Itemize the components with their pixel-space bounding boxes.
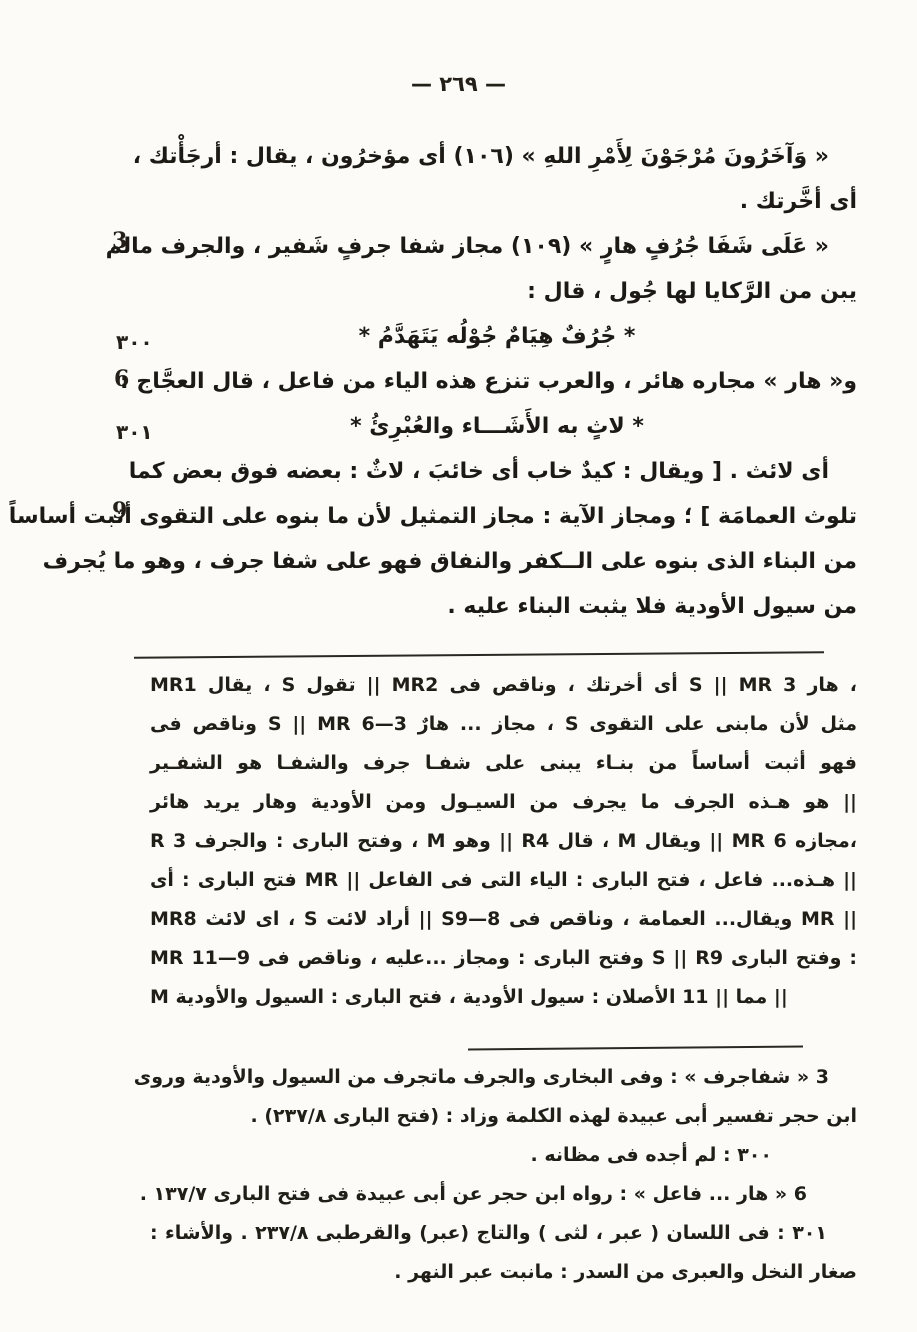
footnote-line: صغار النخل والعبرى من السدر : مانبت عبر … [150,1253,857,1292]
apparatus-separator-rule [134,651,824,658]
footnote-line: 6 « هار ... فاعل » : رواه ابن حجر عن أبى… [150,1175,857,1214]
footnote-line: ٣٠١ : فى اللسان ( عبر ، لثى ) والتاج (عب… [150,1214,857,1253]
apparatus-line: M مما || 11 الأصلان : سيول الأودية ، فتح… [150,978,857,1017]
apparatus-line: MR8 اى لائث ، S أراد لائت || S9—8 ويقال.… [150,900,857,939]
apparatus-line: فتح البارى : أى MR || هـذه... فاعل ، فتح… [150,861,857,900]
footnote-line: 3 « شفاجرف » : وفى البخارى والجرف ماتجرف… [150,1058,857,1097]
apparatus-line: R 3 وفتح البارى : والجرف ، M وهو || R4 ق… [150,822,857,861]
verse-line: * لاثٍ به الأَشَـــاء والعُبْرِئُ * [137,404,857,449]
main-text-line: أى لائث . [ ويقال : كيدٌ خاب أى خائبَ ، … [137,449,857,494]
apparatus-line: هو هـذه الجرف ما يجرف من السيـول ومن الأ… [150,783,857,822]
main-text-line: « عَلَى شَفَا جُرُفٍ هارٍ » (١٠٩) مجاز ش… [137,224,857,269]
critical-apparatus-block: MR1 يقال ، S تقول || MR2 أى أخرتك ، وناق… [150,666,857,1017]
footnote-line: ٣٠٠ : لم أجده فى مظانه . [150,1136,857,1175]
scanned-book-page: — ٢٦٩ — 3 ٣٠٠ 6 ٣٠١ 9 « وَآخَرُونَ مُرْج… [0,0,917,1332]
main-text-line: تلوث العمامَة ] ؛ ومجاز الآية : مجاز الت… [137,494,857,539]
apparatus-line: فهو أثبت أساساً من بنـاء يبنى على شفـا ج… [150,744,857,783]
main-text-line: يبن من الرَّكايا لها جُول ، قال : [137,269,857,314]
verse-line: * جُرُفٌ هِيَامٌ جُوْلُه يَتَهَدَّمُ * [137,314,857,359]
main-text-line: أى أخَّرتك . [137,179,857,224]
footnotes-block: 3 « شفاجرف » : وفى البخارى والجرف ماتجرف… [150,1058,857,1292]
apparatus-line: وناقص فى S || MR 6—3 مجاز ... هارٌ ، S م… [150,705,857,744]
page-number: — ٢٦٩ — [0,72,917,96]
footnote-line: ابن حجر تفسير أبى عبيدة لهذه الكلمة وزاد… [150,1097,857,1136]
apparatus-line: MR 11—9 وفتح البارى : ومجاز ...عليه ، ون… [150,939,857,978]
apparatus-line: MR1 يقال ، S تقول || MR2 أى أخرتك ، وناق… [150,666,857,705]
footnote-separator-rule [468,1046,803,1051]
main-text-line: « وَآخَرُونَ مُرْجَوْنَ لِأَمْرِ اللهِ »… [137,134,857,179]
main-text-line: من سيول الأودية فلا يثبت البناء عليه . [137,584,857,629]
main-text-line: من البناء الذى بنوه على الــكفر والنفاق … [137,539,857,584]
main-text-block: « وَآخَرُونَ مُرْجَوْنَ لِأَمْرِ اللهِ »… [137,134,857,629]
main-text-line: و« هار » مجاره هائر ، والعرب تنزع هذه ال… [137,359,857,404]
